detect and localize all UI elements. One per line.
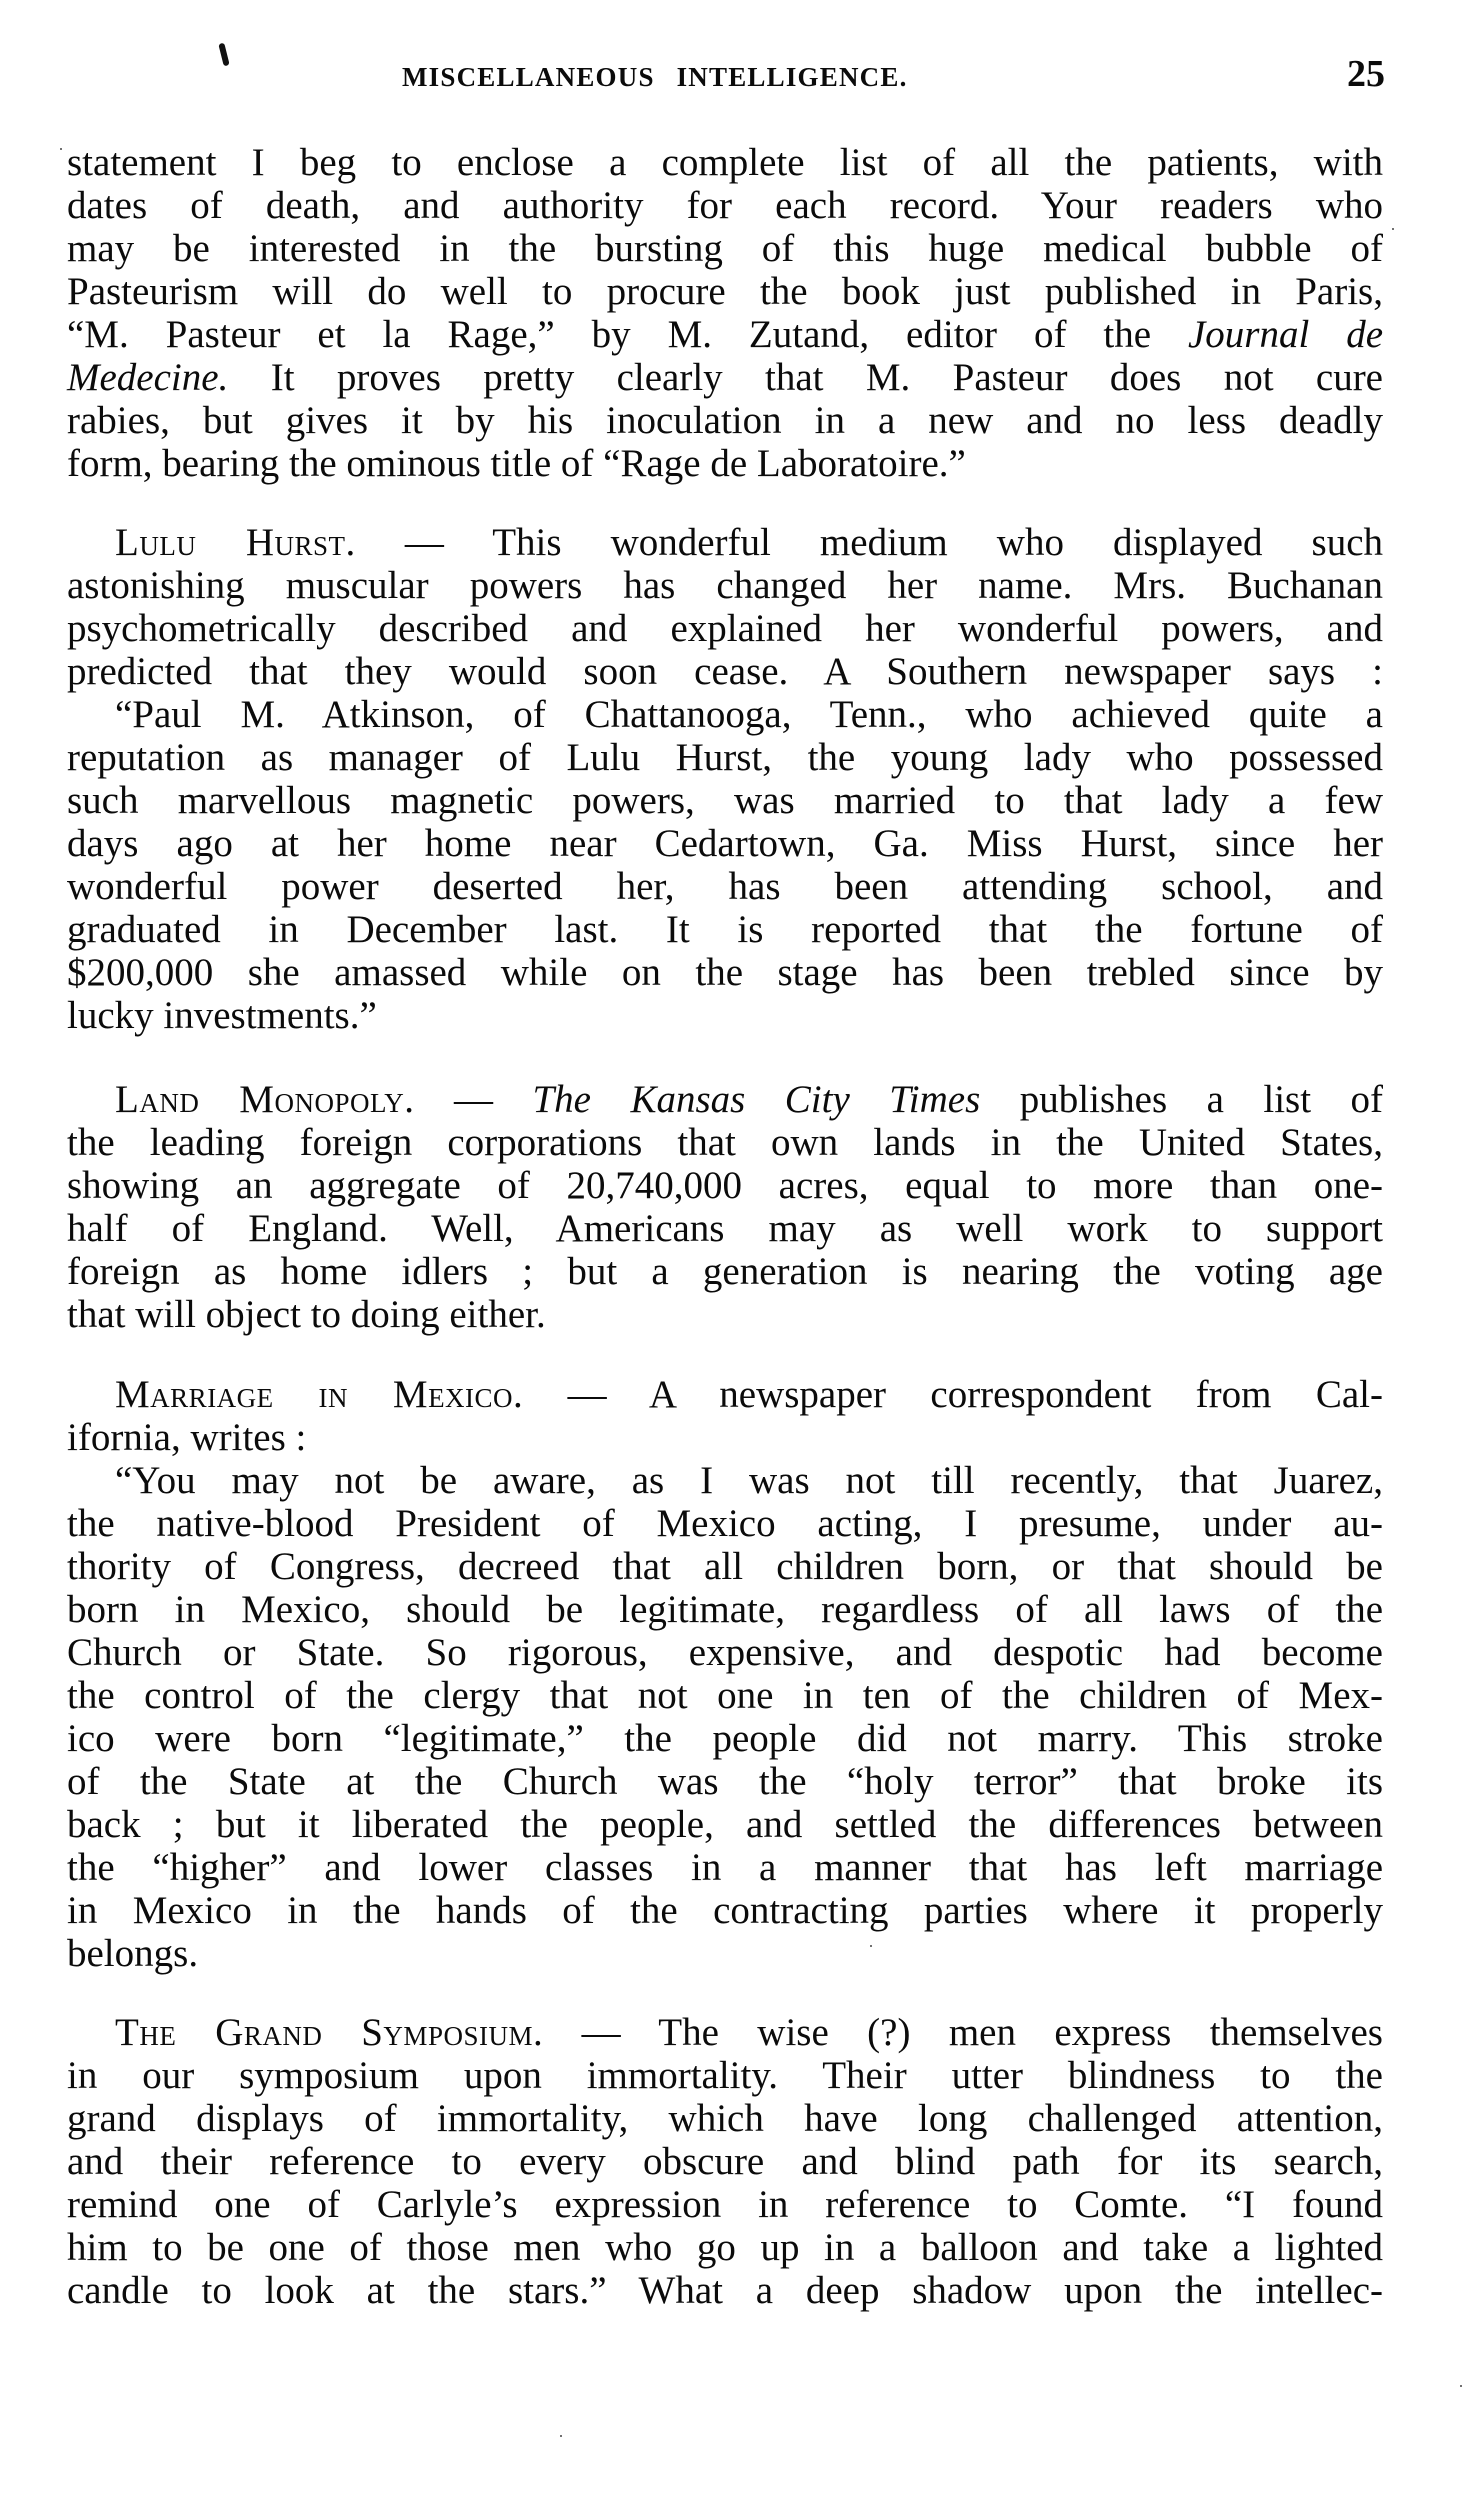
text-line: ifornia, writes : [67,1416,1383,1459]
text-line: Land Monopoly. — The Kansas City Times p… [67,1078,1383,1121]
section-heading: Marriage in Mexico. [115,1373,523,1416]
text-line: graduated in December last. It is report… [67,908,1383,951]
text-line: back ; but it liberated the people, and … [67,1803,1383,1846]
journal-title-cont: Medecine. [67,356,228,399]
page-number: 25 [1347,55,1385,93]
text-line: “You may not be aware, as I was not till… [67,1459,1383,1502]
paper-speck [1392,228,1394,230]
text-line: Marriage in Mexico. — A newspaper corres… [67,1373,1383,1416]
text-span: This wonderful medium who displayed such [492,521,1383,564]
text-span: “M. Pasteur et la Rage,” by M. Zutand, e… [67,313,1151,356]
text-line: $200,000 she amassed while on the stage … [67,951,1383,994]
paragraph-marriage-in-mexico: Marriage in Mexico. — A newspaper corres… [67,1373,1383,1975]
em-dash: — [543,2011,658,2054]
text-line: of the State at the Church was the “holy… [67,1760,1383,1803]
section-heading: The Grand Symposium. [115,2011,543,2054]
text-line: the leading foreign corporations that ow… [67,1121,1383,1164]
text-line: lucky investments.” [67,994,1383,1037]
text-line: Pasteurism will do well to procure the b… [67,270,1383,313]
text-line: born in Mexico, should be legitimate, re… [67,1588,1383,1631]
text-line: days ago at her home near Cedartown, Ga.… [67,822,1383,865]
text-line: psychometrically described and explained… [67,607,1383,650]
text-line: the “higher” and lower classes in a mann… [67,1846,1383,1889]
text-line: the native-blood President of Mexico act… [67,1502,1383,1545]
text-line: and their reference to every obscure and… [67,2140,1383,2183]
text-line: thority of Congress, decreed that all ch… [67,1545,1383,1588]
text-line: in our symposium upon immortality. Their… [67,2054,1383,2097]
ink-mark [218,43,229,67]
text-line: dates of death, and authority for each r… [67,184,1383,227]
text-line: showing an aggregate of 20,740,000 acres… [67,1164,1383,1207]
section-heading: Land Monopoly. [115,1078,415,1121]
paragraph-grand-symposium: The Grand Symposium. — The wise (?) men … [67,2011,1383,2312]
text-line: form, bearing the ominous title of “Rage… [67,442,1383,485]
text-line: Lulu Hurst. — This wonderful medium who … [67,521,1383,564]
running-title: MISCELLANEOUS INTELLIGENCE. [402,62,908,92]
text-line: ico were born “legitimate,” the people d… [67,1717,1383,1760]
text-line: remind one of Carlyle’s expression in re… [67,2183,1383,2226]
em-dash: — [356,521,492,564]
text-line: the control of the clergy that not one i… [67,1674,1383,1717]
journal-title: Journal de [1188,313,1383,356]
text-line: that will object to doing either. [67,1293,1383,1336]
paragraph-lulu-hurst: Lulu Hurst. — This wonderful medium who … [67,521,1383,1037]
text-line: in Mexico in the hands of the contractin… [67,1889,1383,1932]
text-line: predicted that they would soon cease. A … [67,650,1383,693]
paper-speck [1460,2385,1462,2387]
text-span: publishes a list of [1020,1078,1383,1121]
paper-speck [560,2435,562,2437]
paper-speck [60,148,62,150]
text-line: belongs. [67,1932,1383,1975]
text-span: A newspaper correspondent from Cal- [649,1373,1383,1416]
text-line: such marvellous magnetic powers, was mar… [67,779,1383,822]
text-line: foreign as home idlers ; but a generatio… [67,1250,1383,1293]
text-line: wonderful power deserted her, has been a… [67,865,1383,908]
text-span: The wise (?) men express themselves [658,2011,1383,2054]
text-line: “M. Pasteur et la Rage,” by M. Zutand, e… [67,313,1383,356]
text-line: The Grand Symposium. — The wise (?) men … [67,2011,1383,2054]
em-dash: — [415,1078,533,1121]
text-line: statement I beg to enclose a complete li… [67,141,1383,184]
text-line: may be interested in the bursting of thi… [67,227,1383,270]
text-line: grand displays of immortality, which hav… [67,2097,1383,2140]
text-span: It proves pretty clearly that M. Pasteur… [271,356,1383,399]
text-line: Church or State. So rigorous, expensive,… [67,1631,1383,1674]
em-dash: — [523,1373,649,1416]
text-line: half of England. Well, Americans may as … [67,1207,1383,1250]
paragraph-land-monopoly: Land Monopoly. — The Kansas City Times p… [67,1078,1383,1336]
text-line: “Paul M. Atkinson, of Chattanooga, Tenn.… [67,693,1383,736]
document-page: MISCELLANEOUS INTELLIGENCE. 25 statement… [0,0,1477,2493]
text-line: Medecine. It proves pretty clearly that … [67,356,1383,399]
text-line: rabies, but gives it by his inoculation … [67,399,1383,442]
text-line: him to be one of those men who go up in … [67,2226,1383,2269]
paragraph-pasteur: statement I beg to enclose a complete li… [67,141,1383,485]
text-line: candle to look at the stars.” What a dee… [67,2269,1383,2312]
text-line: astonishing muscular powers has changed … [67,564,1383,607]
newspaper-title: The Kansas City Times [532,1078,980,1121]
text-line: reputation as manager of Lulu Hurst, the… [67,736,1383,779]
section-heading: Lulu Hurst. [115,521,356,564]
